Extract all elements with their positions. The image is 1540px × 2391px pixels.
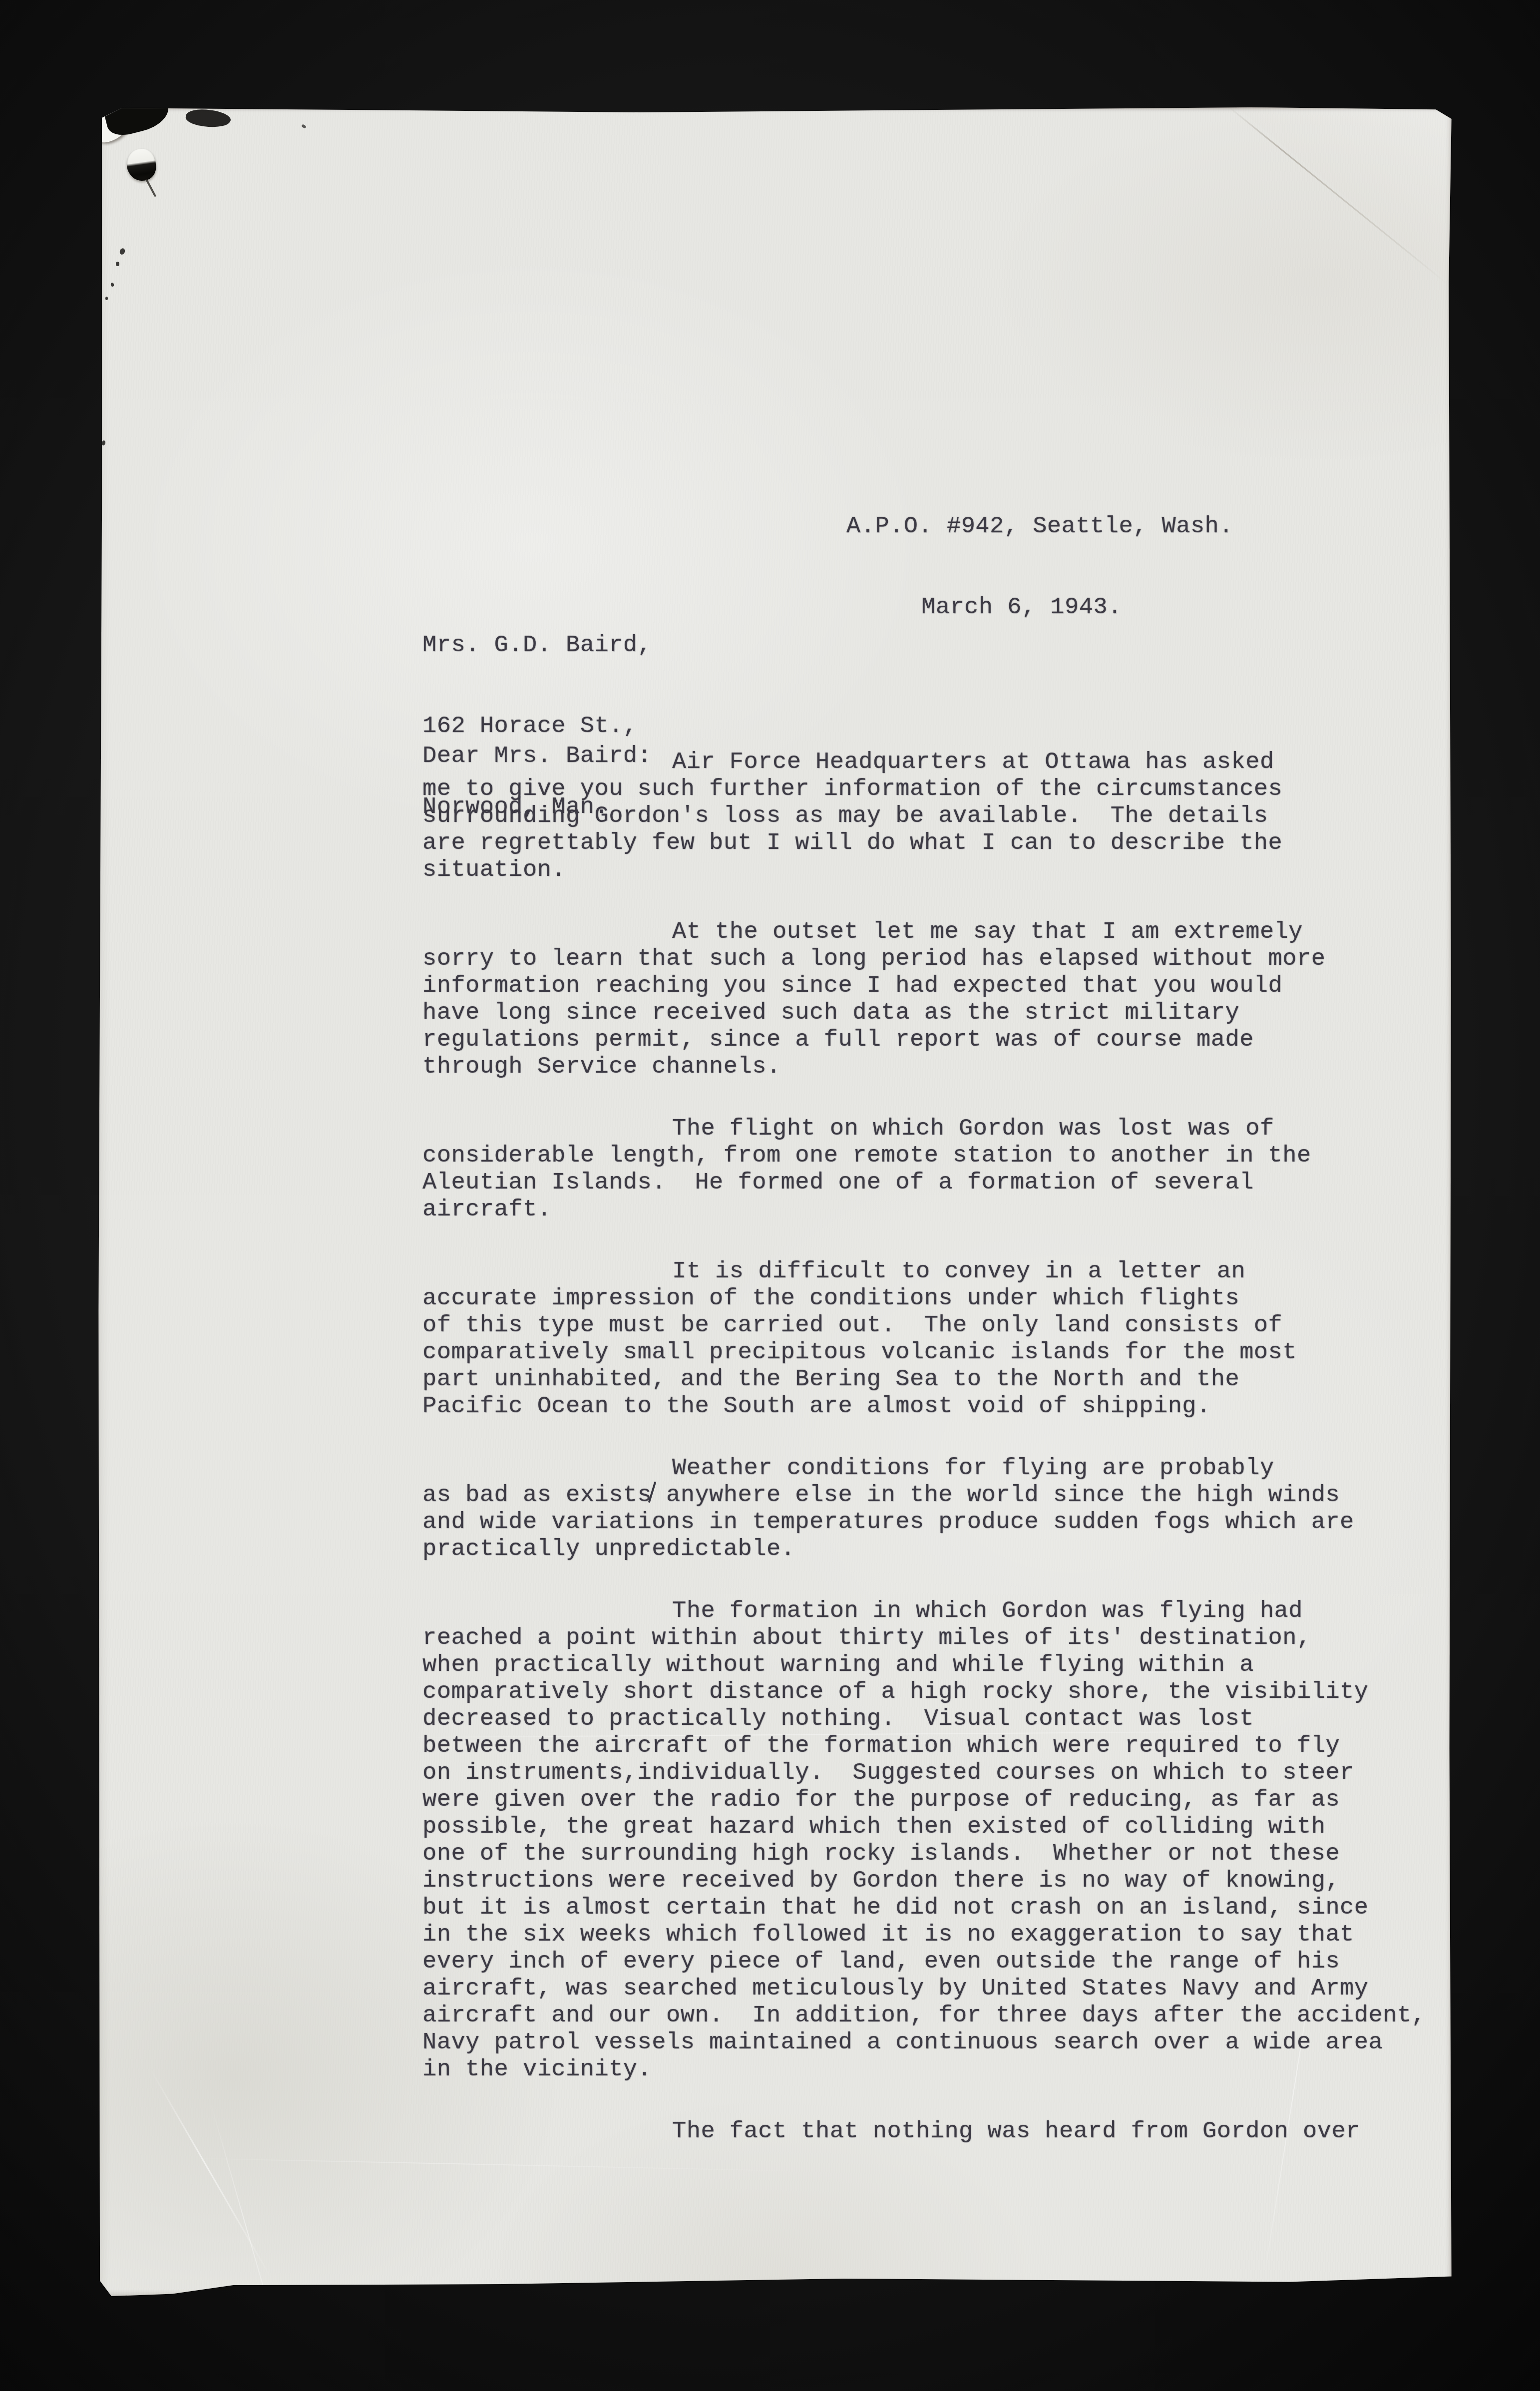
paper-tear-chip — [185, 107, 232, 130]
letter-line: Air Force Headquarters at Ottawa has ask… — [422, 749, 1431, 776]
letter-line: practically unpredictable. — [422, 1536, 1431, 1563]
letter-line: considerable length, from one remote sta… — [422, 1143, 1431, 1170]
letter-line: Navy patrol vessels maintained a continu… — [422, 2029, 1431, 2056]
letter-body: Air Force Headquarters at Ottawa has ask… — [422, 749, 1431, 2180]
letter-line: one of the surrounding high rocky island… — [422, 1841, 1431, 1868]
letter-line: as bad as exists anywhere else in the wo… — [422, 1482, 1431, 1509]
letter-line: were given over the radio for the purpos… — [422, 1787, 1431, 1814]
letter-line: regulations permit, since a full report … — [422, 1027, 1431, 1054]
letter-line: between the aircraft of the formation wh… — [422, 1733, 1431, 1760]
letter-line: decreased to practically nothing. Visual… — [422, 1706, 1431, 1733]
recipient-name-line: Mrs. G.D. Baird, — [422, 632, 652, 659]
paragraph-3: The flight on which Gordon was lost was … — [422, 1116, 1431, 1223]
paper-speck — [301, 124, 307, 129]
letter-line: Weather conditions for flying are probab… — [422, 1455, 1431, 1482]
letter-line: and wide variations in temperatures prod… — [422, 1509, 1431, 1536]
letter-line: The fact that nothing was heard from Gor… — [422, 2118, 1431, 2145]
letter-line: reached a point within about thirty mile… — [422, 1625, 1431, 1652]
letter-line: but it is almost certain that he did not… — [422, 1895, 1431, 1922]
letter-line: every inch of every piece of land, even … — [422, 1949, 1431, 1976]
letter-line: when practically without warning and whi… — [422, 1652, 1431, 1679]
letter-line: situation. — [422, 857, 1431, 884]
letter-line: Pacific Ocean to the South are almost vo… — [422, 1393, 1431, 1420]
paper-speck — [105, 297, 108, 300]
date-line: March 6, 1943. — [846, 594, 1233, 621]
letter-page: A.P.O. #942, Seattle, Wash. March 6, 194… — [98, 107, 1452, 2296]
letter-line: of this type must be carried out. The on… — [422, 1312, 1431, 1339]
paper-tear — [101, 87, 173, 139]
punch-hole — [125, 147, 157, 182]
letter-line: Aleutian Islands. He formed one of a for… — [422, 1170, 1431, 1196]
paragraph-2: At the outset let me say that I am extre… — [422, 919, 1431, 1081]
letter-line: have long since received such data as th… — [422, 1000, 1431, 1027]
letter-line: sorry to learn that such a long period h… — [422, 946, 1431, 973]
letter-line: in the six weeks which followed it is no… — [422, 1922, 1431, 1949]
letter-line: in the vicinity. — [422, 2056, 1431, 2083]
letter-line: comparatively small precipitous volcanic… — [422, 1339, 1431, 1366]
paragraph-7: The fact that nothing was heard from Gor… — [422, 2118, 1431, 2145]
punch-hole-crack — [145, 178, 156, 197]
letter-line: instructions were received by Gordon the… — [422, 1868, 1431, 1895]
letter-line: are regrettably few but I will do what I… — [422, 830, 1431, 857]
paragraph-4: It is difficult to convey in a letter an… — [422, 1258, 1431, 1420]
letter-line: possible, the great hazard which then ex… — [422, 1814, 1431, 1841]
letter-line: At the outset let me say that I am extre… — [422, 919, 1431, 946]
paragraph-1: Air Force Headquarters at Ottawa has ask… — [422, 749, 1431, 884]
letter-line: The formation in which Gordon was flying… — [422, 1598, 1431, 1625]
letter-line: accurate impression of the conditions un… — [422, 1285, 1431, 1312]
letter-line: me to give you such further information … — [422, 776, 1431, 803]
letter-line: aircraft. — [422, 1196, 1431, 1223]
paragraph-6: The formation in which Gordon was flying… — [422, 1598, 1431, 2083]
letter-line: It is difficult to convey in a letter an — [422, 1258, 1431, 1285]
letter-line: information reaching you since I had exp… — [422, 973, 1431, 1000]
paper-speck — [119, 248, 126, 256]
paper-speck — [116, 262, 119, 266]
paper-speck — [110, 282, 114, 287]
letter-line: on instruments,individually. Suggested c… — [422, 1760, 1431, 1787]
fold-crease-corner-shade — [1222, 107, 1452, 292]
letter-line: part uninhabited, and the Bering Sea to … — [422, 1366, 1431, 1393]
crease-line — [209, 2100, 287, 2369]
letter-line: aircraft and our own. In addition, for t… — [422, 2002, 1431, 2029]
letter-line: aircraft, was searched meticulously by U… — [422, 1976, 1431, 2002]
letter-line: surrounding Gordon's loss as may be avai… — [422, 803, 1431, 830]
crease-line — [150, 2069, 274, 2282]
paragraph-5: Weather conditions for flying are probab… — [422, 1455, 1431, 1563]
letter-line: comparatively short distance of a high r… — [422, 1679, 1431, 1706]
origin-line: A.P.O. #942, Seattle, Wash. — [846, 513, 1233, 540]
photo-backdrop: A.P.O. #942, Seattle, Wash. March 6, 194… — [0, 0, 1540, 2391]
fold-crease-corner — [1226, 105, 1449, 285]
date-block: A.P.O. #942, Seattle, Wash. March 6, 194… — [846, 459, 1233, 675]
letter-line: through Service channels. — [422, 1054, 1431, 1081]
letter-line: The flight on which Gordon was lost was … — [422, 1116, 1431, 1143]
paper-speck — [101, 440, 106, 445]
